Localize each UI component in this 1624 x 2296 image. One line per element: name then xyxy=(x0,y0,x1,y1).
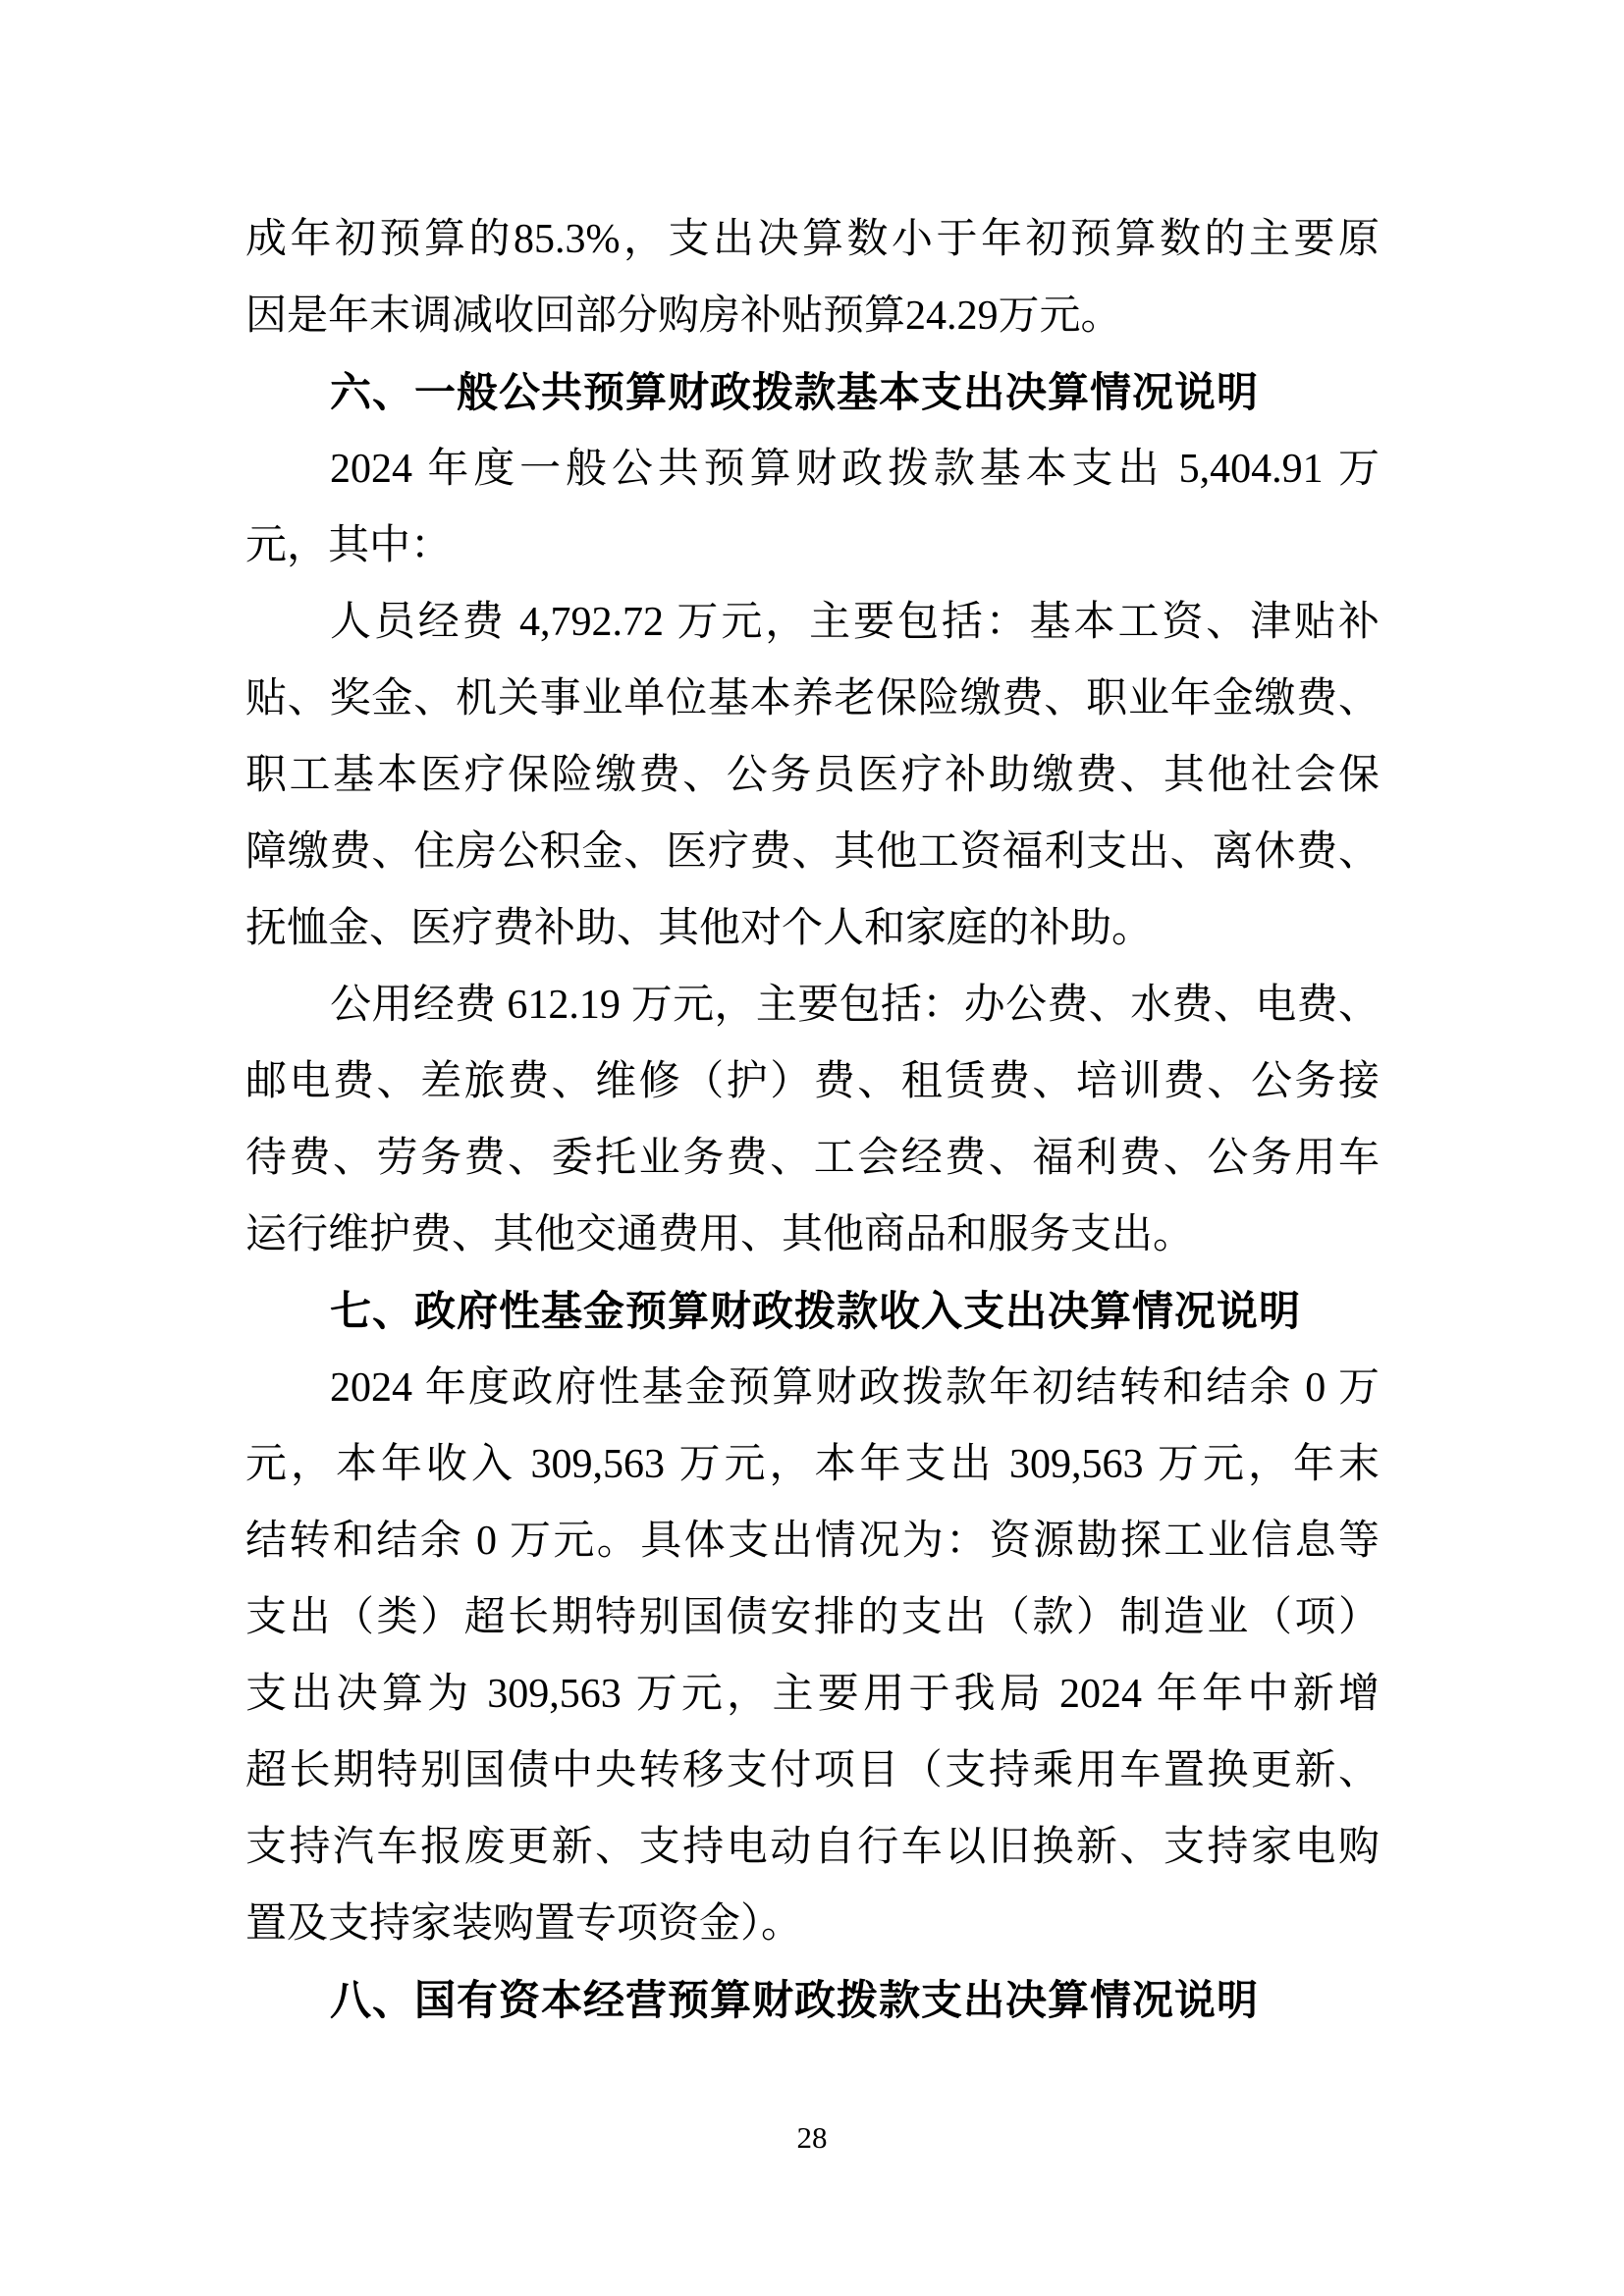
section-heading: 六、一般公共预算财政拨款基本支出决算情况说明 xyxy=(245,354,1380,431)
text-line: 职工基本医疗保险缴费、公务员医疗补助缴费、其他社会保 xyxy=(245,737,1380,814)
text-line: 2024 年度一般公共预算财政拨款基本支出 5,404.91 万 xyxy=(245,431,1380,507)
text-line: 待费、劳务费、委托业务费、工会经费、福利费、公务用车 xyxy=(245,1120,1380,1197)
page-number: 28 xyxy=(0,2118,1624,2158)
text-line: 贴、奖金、机关事业单位基本养老保险缴费、职业年金缴费、 xyxy=(245,661,1380,737)
section-heading: 八、国有资本经营预算财政拨款支出决算情况说明 xyxy=(245,1962,1380,2039)
text-line: 运行维护费、其他交通费用、其他商品和服务支出。 xyxy=(245,1197,1380,1273)
document-page: 成年初预算的85.3%，支出决算数小于年初预算数的主要原因是年末调减收回部分购房… xyxy=(0,0,1624,2296)
text-line: 障缴费、住房公积金、医疗费、其他工资福利支出、离休费、 xyxy=(245,814,1380,890)
text-line: 成年初预算的85.3%，支出决算数小于年初预算数的主要原 xyxy=(245,201,1380,278)
text-line: 邮电费、差旅费、维修（护）费、租赁费、培训费、公务接 xyxy=(245,1043,1380,1120)
document-body: 成年初预算的85.3%，支出决算数小于年初预算数的主要原因是年末调减收回部分购房… xyxy=(245,201,1380,2039)
text-line: 支持汽车报废更新、支持电动自行车以旧换新、支持家电购 xyxy=(245,1809,1380,1886)
text-line: 因是年末调减收回部分购房补贴预算24.29万元。 xyxy=(245,278,1380,354)
text-line: 超长期特别国债中央转移支付项目（支持乘用车置换更新、 xyxy=(245,1733,1380,1809)
text-line: 公用经费 612.19 万元，主要包括：办公费、水费、电费、 xyxy=(245,967,1380,1043)
text-line: 支出（类）超长期特别国债安排的支出（款）制造业（项） xyxy=(245,1579,1380,1656)
text-line: 支出决算为 309,563 万元，主要用于我局 2024 年年中新增 xyxy=(245,1656,1380,1733)
text-line: 抚恤金、医疗费补助、其他对个人和家庭的补助。 xyxy=(245,890,1380,967)
text-line: 2024 年度政府性基金预算财政拨款年初结转和结余 0 万 xyxy=(245,1350,1380,1426)
section-heading: 七、政府性基金预算财政拨款收入支出决算情况说明 xyxy=(245,1273,1380,1350)
text-line: 元，其中： xyxy=(245,507,1380,584)
text-line: 置及支持家装购置专项资金）。 xyxy=(245,1886,1380,1962)
text-line: 元，本年收入 309,563 万元，本年支出 309,563 万元，年末 xyxy=(245,1426,1380,1503)
text-line: 结转和结余 0 万元。具体支出情况为：资源勘探工业信息等 xyxy=(245,1503,1380,1579)
text-line: 人员经费 4,792.72 万元，主要包括：基本工资、津贴补 xyxy=(245,584,1380,661)
